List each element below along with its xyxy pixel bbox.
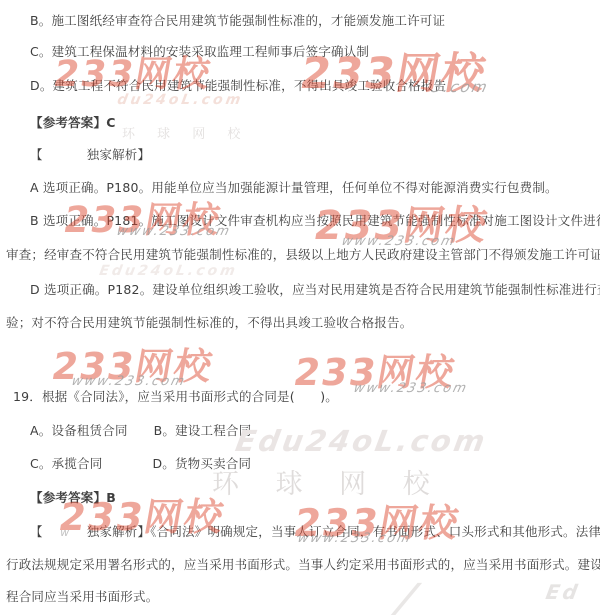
analysis-b-line-2: 审查；经审查不符合民用建筑节能强制性标准的，县级以上地方人民政府建设主管部门不得… bbox=[6, 246, 600, 264]
q19-option-b: B。建设工程合同 bbox=[154, 423, 252, 438]
q19-analysis-open-bracket: 【 bbox=[30, 524, 43, 539]
q19-option-c: C。承揽合同 bbox=[30, 456, 102, 471]
option-b-line: B。施工图纸经审查符合民用建筑节能强制性标准的，才能颁发施工许可证 bbox=[30, 12, 445, 30]
q19-options-row-2: C。承揽合同D。货物买卖合同 bbox=[30, 455, 251, 473]
analysis-header: 【独家解析】 bbox=[30, 146, 150, 164]
analysis-b-line-1: B 选项正确。P181。施工图设计文件审查机构应当按照民用建筑节能强制性标准对施… bbox=[30, 212, 600, 230]
analysis-d-line-2: 验；对不符合民用建筑节能强制性标准的，不得出具竣工验收合格报告。 bbox=[6, 314, 412, 332]
q19-analysis-line-3: 程合同应当采用书面形式。 bbox=[6, 588, 158, 606]
analysis-open-bracket: 【 bbox=[30, 147, 43, 162]
redacted-gap-watermark-w: w bbox=[43, 524, 87, 542]
analysis-a-line: A 选项正确。P180。用能单位应当加强能源计量管理，任何单位不得对能源消费实行… bbox=[30, 179, 558, 197]
q19-analysis-line-1: 【w独家解析】《合同法》明确规定，当事人订立合同，有书面形式、口头形式和其他形式… bbox=[30, 523, 600, 542]
q19-analysis-text-1: 独家解析】《合同法》明确规定，当事人订立合同，有书面形式、口头形式和其他形式。法… bbox=[87, 524, 600, 539]
reference-answer-b: 【参考答案】B bbox=[30, 489, 116, 507]
watermark-233-logo: 233网校 bbox=[48, 336, 219, 390]
watermark-fragment-letters: Ed bbox=[544, 580, 582, 604]
question-19-stem: 19．根据《合同法》，应当采用书面形式的合同是( )。 bbox=[13, 388, 338, 406]
analysis-d-line-1: D 选项正确。P182。建设单位组织竣工验收，应当对民用建筑是否符合民用建筑节能… bbox=[30, 281, 600, 299]
watermark-233-url: www.233.com bbox=[70, 374, 188, 389]
option-d-line: D。建筑工程不符合民用建筑节能强制性标准，不得出具竣工验收合格报告 bbox=[30, 77, 446, 95]
reference-answer-c: 【参考答案】C bbox=[30, 114, 116, 132]
exam-answer-page: B。施工图纸经审查符合民用建筑节能强制性标准的，才能颁发施工许可证 C。建筑工程… bbox=[0, 0, 600, 615]
watermark-fragment-slash: / bbox=[392, 576, 425, 615]
watermark-edu-url-faint: Edu24oL.com bbox=[98, 263, 239, 279]
watermark-edu-url-large: Edu24oL.com bbox=[233, 424, 490, 458]
q19-option-d: D。货物买卖合同 bbox=[152, 456, 251, 471]
watermark-233-url: www.233.com bbox=[352, 381, 470, 396]
q19-analysis-line-2: 行政法规规定采用署名形式的，应当采用书面形式。当事人约定采用书面形式的，应当采用… bbox=[6, 556, 600, 574]
watermark-hq-brand: 环 球 网 校 bbox=[122, 123, 249, 142]
analysis-header-label: 独家解析】 bbox=[87, 147, 151, 162]
q19-option-a: A。设备租赁合同 bbox=[30, 423, 128, 438]
q19-options-row-1: A。设备租赁合同B。建设工程合同 bbox=[30, 422, 251, 440]
option-c-line: C。建筑工程保温材料的安装采取监理工程师事后签字确认制 bbox=[30, 43, 369, 61]
